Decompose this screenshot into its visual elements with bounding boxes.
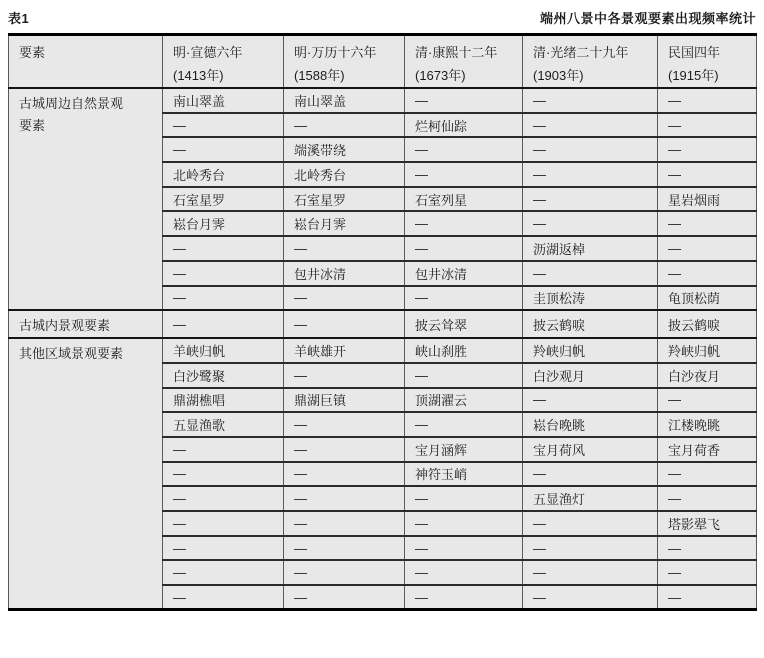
- column-year-label: (1903年): [533, 64, 649, 87]
- table-cell: —: [523, 261, 658, 286]
- table-cell: 白沙夜月: [658, 363, 757, 388]
- table-cell: 星岩烟雨: [658, 187, 757, 212]
- table-cell: —: [523, 137, 658, 162]
- table-cell: —: [523, 560, 658, 585]
- column-era-label: 明·宣德六年: [173, 41, 275, 64]
- table-cell: —: [163, 486, 284, 511]
- table-cell: —: [284, 113, 405, 138]
- table-cell: 披云耸翠: [405, 310, 523, 338]
- table-cell: —: [163, 511, 284, 536]
- table-cell: —: [284, 363, 405, 388]
- table-cell: —: [163, 310, 284, 338]
- table-cell: 五显渔歌: [163, 412, 284, 437]
- table-cell: —: [405, 88, 523, 113]
- table-cell: 白沙鹭聚: [163, 363, 284, 388]
- table-cell: —: [284, 486, 405, 511]
- column-era-label: 清·康熙十二年: [415, 41, 514, 64]
- table-cell: —: [163, 113, 284, 138]
- table-cell: 羚峡归帆: [658, 338, 757, 363]
- table-cell: —: [405, 162, 523, 187]
- column-header: 民国四年(1915年): [658, 35, 757, 89]
- column-era-label: 清·光绪二十九年: [533, 41, 649, 64]
- table-cell: —: [405, 363, 523, 388]
- table-cell: —: [658, 137, 757, 162]
- table-cell: 宝月涵辉: [405, 437, 523, 462]
- table-cell: —: [658, 388, 757, 413]
- table-cell: —: [405, 511, 523, 536]
- table-cell: 北岭秀台: [284, 162, 405, 187]
- table-cell: 北岭秀台: [163, 162, 284, 187]
- table-cell: 包井冰清: [284, 261, 405, 286]
- table-cell: —: [405, 536, 523, 561]
- table-cell: —: [658, 261, 757, 286]
- table-cell: 羊峡归帆: [163, 338, 284, 363]
- column-header: 清·康熙十二年(1673年): [405, 35, 523, 89]
- table-cell: —: [284, 585, 405, 610]
- table-cell: —: [658, 113, 757, 138]
- table-cell: —: [523, 585, 658, 610]
- table-cell: —: [405, 560, 523, 585]
- table-cell: —: [523, 113, 658, 138]
- column-header: 清·光绪二十九年(1903年): [523, 35, 658, 89]
- table-cell: 石室星罗: [284, 187, 405, 212]
- table-cell: —: [523, 388, 658, 413]
- table-cell: —: [658, 236, 757, 261]
- table-cell: —: [658, 585, 757, 610]
- table-cell: —: [523, 88, 658, 113]
- header-element-label: 要素: [9, 35, 163, 89]
- column-year-label: (1673年): [415, 64, 514, 87]
- table-cell: —: [405, 286, 523, 311]
- section-label-cell: 古城内景观要素: [9, 310, 163, 338]
- table-cell: —: [405, 585, 523, 610]
- section-label-cell: 其他区域景观要素: [9, 338, 163, 610]
- table-cell: 包井冰清: [405, 261, 523, 286]
- table-cell: —: [658, 462, 757, 487]
- table-cell: 崧台月霁: [284, 211, 405, 236]
- table-cell: —: [163, 286, 284, 311]
- table-cell: —: [163, 437, 284, 462]
- table-cell: —: [284, 536, 405, 561]
- table-cell: —: [163, 236, 284, 261]
- table-cell: 顶湖濯云: [405, 388, 523, 413]
- table-row: 其他区域景观要素羊峡归帆羊峡雄开峡山刹胜羚峡归帆羚峡归帆: [9, 338, 757, 363]
- table-row: 古城周边自然景观要素南山翠盖南山翠盖———: [9, 88, 757, 113]
- table-cell: —: [523, 211, 658, 236]
- table-cell: 羚峡归帆: [523, 338, 658, 363]
- table-cell: 白沙观月: [523, 363, 658, 388]
- table-cell: 石室星罗: [163, 187, 284, 212]
- table-cell: 崧台月霁: [163, 211, 284, 236]
- table-cell: —: [405, 486, 523, 511]
- table-cell: 烂柯仙踪: [405, 113, 523, 138]
- table-cell: —: [284, 412, 405, 437]
- table-cell: —: [163, 536, 284, 561]
- table-cell: —: [658, 486, 757, 511]
- table-cell: 峡山刹胜: [405, 338, 523, 363]
- table-cell: 宝月荷香: [658, 437, 757, 462]
- column-era-label: 民国四年: [668, 41, 748, 64]
- table-row: 古城内景观要素——披云耸翠披云鹤唳披云鹤唳: [9, 310, 757, 338]
- frequency-table: 要素 明·宣德六年(1413年)明·万历十六年(1588年)清·康熙十二年(16…: [8, 33, 757, 611]
- table-cell: —: [523, 162, 658, 187]
- section-label-cell: 古城周边自然景观要素: [9, 88, 163, 310]
- table-cell: —: [163, 560, 284, 585]
- table-cell: —: [163, 585, 284, 610]
- table-cell: —: [658, 560, 757, 585]
- table-cell: 圭顶松涛: [523, 286, 658, 311]
- table-header: 要素 明·宣德六年(1413年)明·万历十六年(1588年)清·康熙十二年(16…: [9, 35, 757, 89]
- table-cell: 宝月荷风: [523, 437, 658, 462]
- table-cell: —: [284, 236, 405, 261]
- table-cell: 五显渔灯: [523, 486, 658, 511]
- table-cell: —: [163, 462, 284, 487]
- column-header: 明·万历十六年(1588年): [284, 35, 405, 89]
- table-cell: —: [284, 310, 405, 338]
- table-body: 古城周边自然景观要素南山翠盖南山翠盖—————烂柯仙踪———端溪带绕———北岭秀…: [9, 88, 757, 610]
- table-cell: 崧台晚眺: [523, 412, 658, 437]
- table-cell: —: [405, 211, 523, 236]
- table-title: 端州八景中各景观要素出现频率统计: [540, 8, 756, 27]
- table-cell: —: [284, 437, 405, 462]
- table-cell: 神符玉峭: [405, 462, 523, 487]
- table-cell: —: [658, 536, 757, 561]
- table-cell: —: [523, 187, 658, 212]
- table-cell: —: [284, 511, 405, 536]
- table-cell: —: [658, 211, 757, 236]
- table-cell: 羊峡雄开: [284, 338, 405, 363]
- table-cell: 端溪带绕: [284, 137, 405, 162]
- table-cell: 南山翠盖: [284, 88, 405, 113]
- column-era-label: 明·万历十六年: [294, 41, 396, 64]
- column-year-label: (1413年): [173, 64, 275, 87]
- table-cell: —: [284, 286, 405, 311]
- table-cell: 鼎湖巨镇: [284, 388, 405, 413]
- table-cell: 龟顶松荫: [658, 286, 757, 311]
- table-cell: 沥湖返棹: [523, 236, 658, 261]
- table-cell: 披云鹤唳: [658, 310, 757, 338]
- table-cell: 石室列星: [405, 187, 523, 212]
- table-cell: 塔影翚飞: [658, 511, 757, 536]
- table-cell: —: [405, 236, 523, 261]
- table-cell: —: [658, 88, 757, 113]
- table-cell: —: [284, 462, 405, 487]
- table-cell: —: [523, 536, 658, 561]
- table-cell: 南山翠盖: [163, 88, 284, 113]
- table-cell: 鼎湖樵唱: [163, 388, 284, 413]
- table-cell: —: [284, 560, 405, 585]
- column-header: 明·宣德六年(1413年): [163, 35, 284, 89]
- column-year-label: (1915年): [668, 64, 748, 87]
- table-cell: 江楼晚眺: [658, 412, 757, 437]
- table-cell: —: [405, 137, 523, 162]
- table-cell: —: [163, 261, 284, 286]
- table-cell: —: [658, 162, 757, 187]
- header-row: 要素 明·宣德六年(1413年)明·万历十六年(1588年)清·康熙十二年(16…: [9, 35, 757, 89]
- column-year-label: (1588年): [294, 64, 396, 87]
- table-cell: —: [405, 412, 523, 437]
- table-cell: —: [163, 137, 284, 162]
- table-number: 表1: [8, 8, 29, 27]
- table-cell: —: [523, 511, 658, 536]
- table-cell: —: [523, 462, 658, 487]
- table-cell: 披云鹤唳: [523, 310, 658, 338]
- table-caption-bar: 表1 端州八景中各景观要素出现频率统计: [8, 8, 756, 28]
